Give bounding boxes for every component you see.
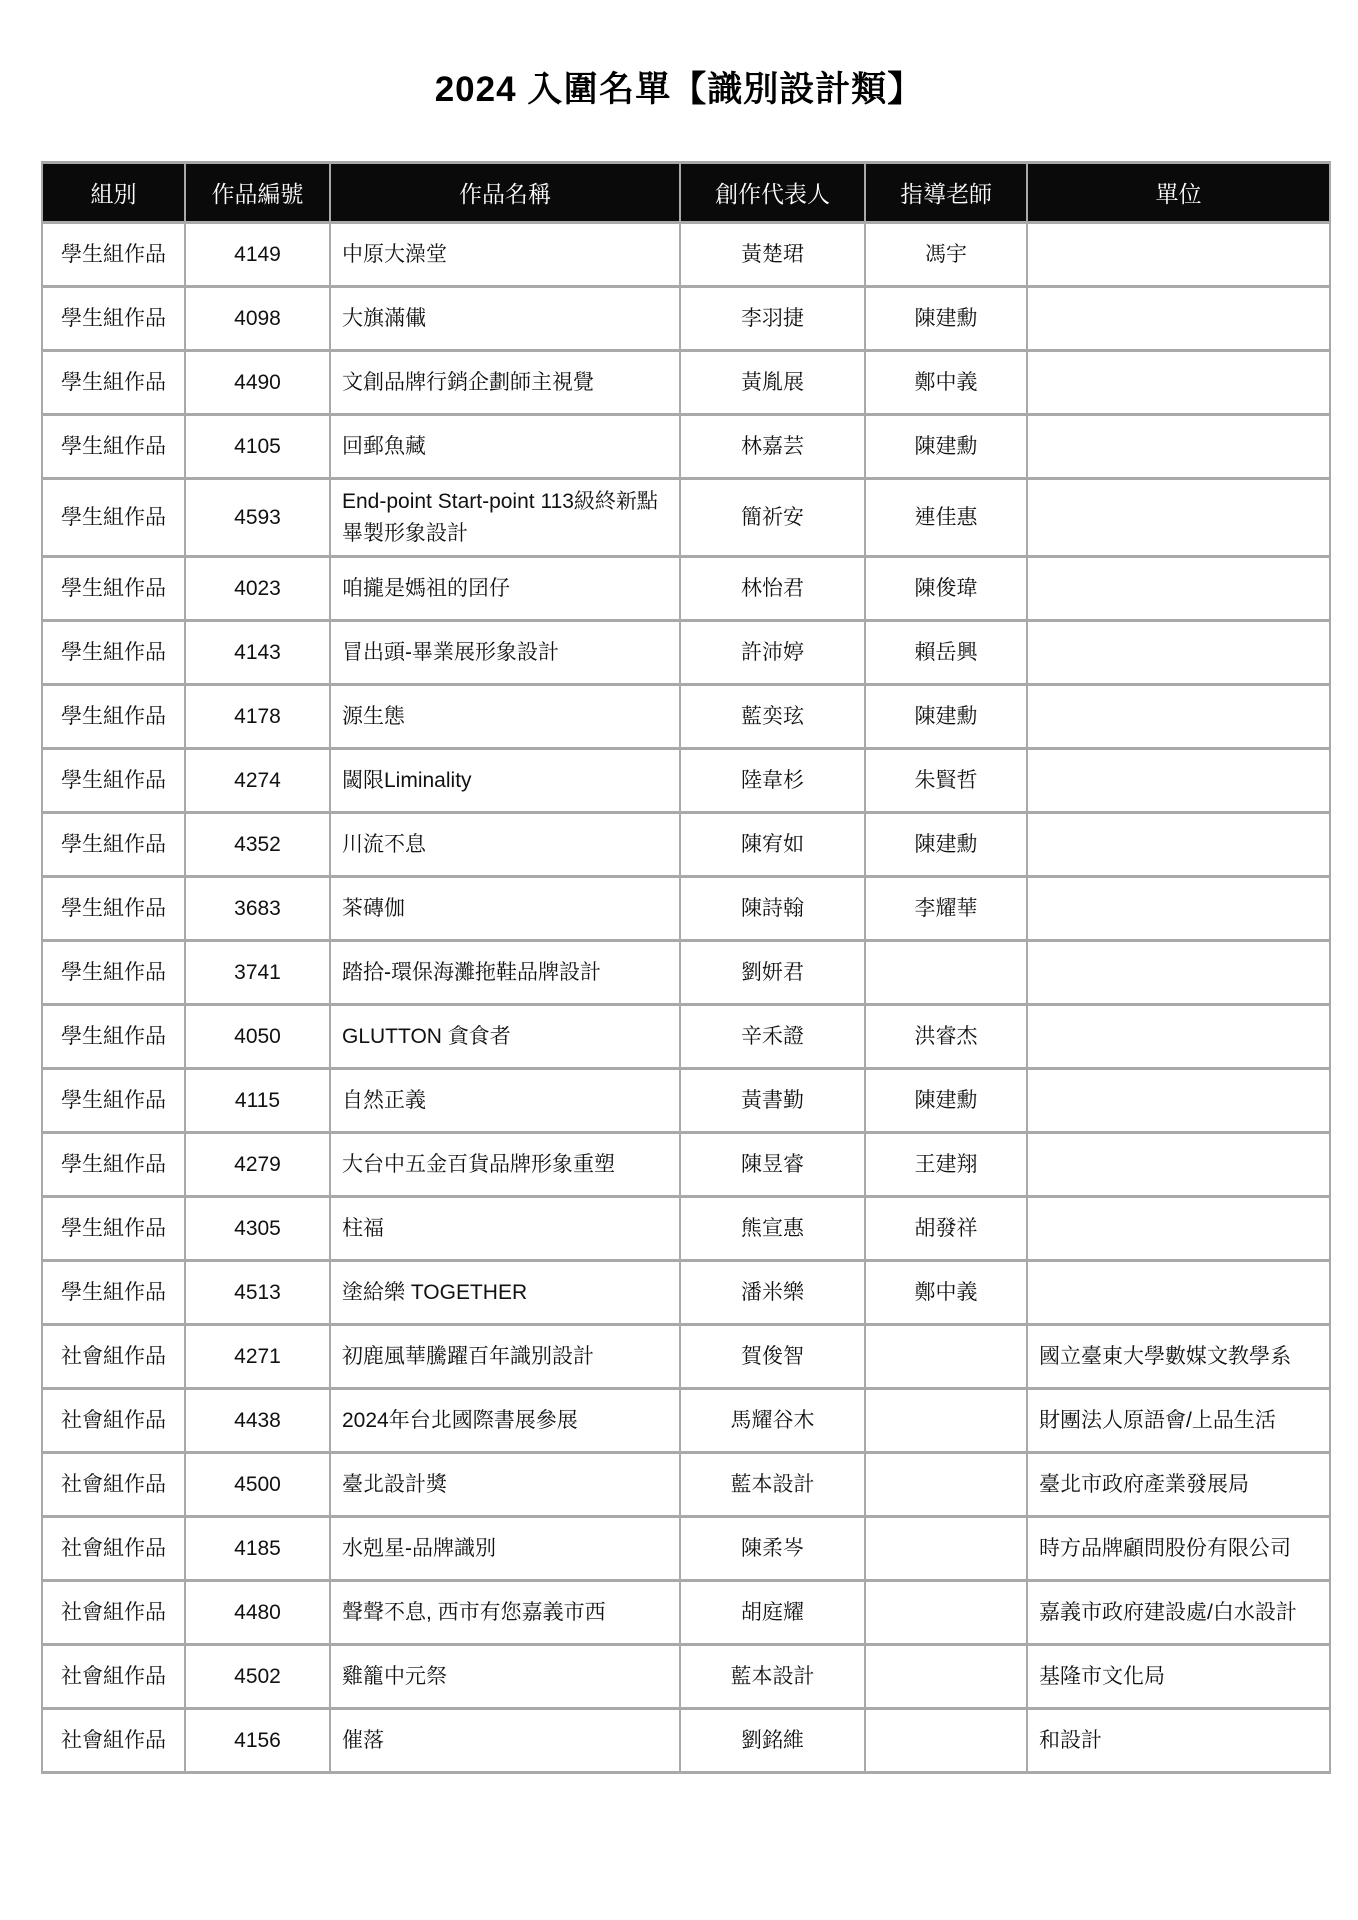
cell-entry-no: 4271 — [185, 1325, 330, 1389]
cell-entry-no: 4149 — [185, 223, 330, 287]
table-row: 社會組作品4502雞籠中元祭藍本設計基隆市文化局 — [42, 1645, 1330, 1709]
cell-group: 學生組作品 — [42, 1069, 185, 1133]
cell-organization — [1027, 557, 1330, 621]
cell-representative: 黃胤展 — [680, 351, 865, 415]
col-header-organization: 單位 — [1027, 163, 1330, 223]
cell-group: 學生組作品 — [42, 685, 185, 749]
cell-group: 社會組作品 — [42, 1645, 185, 1709]
cell-representative: 陳柔岑 — [680, 1517, 865, 1581]
cell-representative: 陸韋杉 — [680, 749, 865, 813]
cell-organization — [1027, 287, 1330, 351]
cell-organization: 財團法人原語會/上品生活 — [1027, 1389, 1330, 1453]
table-row: 學生組作品4490文創品牌行銷企劃師主視覺黃胤展鄭中義 — [42, 351, 1330, 415]
finalist-table: 組別 作品編號 作品名稱 創作代表人 指導老師 單位 學生組作品4149中原大澡… — [41, 161, 1331, 1774]
cell-group: 學生組作品 — [42, 557, 185, 621]
cell-advisor: 陳建勳 — [865, 415, 1027, 479]
cell-group: 學生組作品 — [42, 621, 185, 685]
table-row: 社會組作品4271初鹿風華騰躍百年識別設計賀俊智國立臺東大學數媒文教學系 — [42, 1325, 1330, 1389]
table-row: 學生組作品4178源生態藍奕玹陳建勳 — [42, 685, 1330, 749]
cell-group: 社會組作品 — [42, 1517, 185, 1581]
table-body: 學生組作品4149中原大澡堂黃楚珺馮宇學生組作品4098大旗滿儎李羽捷陳建勳學生… — [42, 223, 1330, 1773]
cell-work-title: 川流不息 — [330, 813, 680, 877]
cell-entry-no: 4274 — [185, 749, 330, 813]
cell-advisor — [865, 1389, 1027, 1453]
cell-work-title: GLUTTON 貪食者 — [330, 1005, 680, 1069]
cell-advisor — [865, 1453, 1027, 1517]
cell-group: 學生組作品 — [42, 287, 185, 351]
cell-entry-no: 4156 — [185, 1709, 330, 1773]
table-row: 學生組作品3683茶磚伽陳詩翰李耀華 — [42, 877, 1330, 941]
cell-representative: 熊宣惠 — [680, 1197, 865, 1261]
table-row: 學生組作品4352川流不息陳宥如陳建勳 — [42, 813, 1330, 877]
cell-advisor: 王建翔 — [865, 1133, 1027, 1197]
cell-advisor — [865, 1709, 1027, 1773]
cell-work-title: 臺北設計獎 — [330, 1453, 680, 1517]
cell-organization — [1027, 1197, 1330, 1261]
cell-group: 學生組作品 — [42, 351, 185, 415]
cell-organization — [1027, 1069, 1330, 1133]
cell-advisor — [865, 1645, 1027, 1709]
cell-organization — [1027, 877, 1330, 941]
cell-entry-no: 3683 — [185, 877, 330, 941]
cell-group: 社會組作品 — [42, 1389, 185, 1453]
cell-advisor — [865, 1517, 1027, 1581]
cell-work-title: 聲聲不息, 西市有您嘉義市西 — [330, 1581, 680, 1645]
cell-representative: 黃楚珺 — [680, 223, 865, 287]
table-row: 社會組作品4480聲聲不息, 西市有您嘉義市西胡庭耀嘉義市政府建設處/白水設計 — [42, 1581, 1330, 1645]
cell-advisor: 陳建勳 — [865, 685, 1027, 749]
cell-entry-no: 4480 — [185, 1581, 330, 1645]
cell-representative: 藍本設計 — [680, 1645, 865, 1709]
cell-organization: 基隆市文化局 — [1027, 1645, 1330, 1709]
cell-entry-no: 4143 — [185, 621, 330, 685]
table-row: 學生組作品4115自然正義黃書勤陳建勳 — [42, 1069, 1330, 1133]
cell-group: 社會組作品 — [42, 1709, 185, 1773]
table-row: 學生組作品4149中原大澡堂黃楚珺馮宇 — [42, 223, 1330, 287]
cell-entry-no: 4279 — [185, 1133, 330, 1197]
table-row: 學生組作品4098大旗滿儎李羽捷陳建勳 — [42, 287, 1330, 351]
col-header-work-title: 作品名稱 — [330, 163, 680, 223]
cell-advisor: 鄭中義 — [865, 351, 1027, 415]
cell-representative: 黃書勤 — [680, 1069, 865, 1133]
cell-organization — [1027, 1261, 1330, 1325]
cell-organization: 臺北市政府產業發展局 — [1027, 1453, 1330, 1517]
cell-advisor: 陳建勳 — [865, 287, 1027, 351]
col-header-advisor: 指導老師 — [865, 163, 1027, 223]
cell-group: 社會組作品 — [42, 1325, 185, 1389]
cell-organization: 嘉義市政府建設處/白水設計 — [1027, 1581, 1330, 1645]
cell-entry-no: 4098 — [185, 287, 330, 351]
cell-advisor: 賴岳興 — [865, 621, 1027, 685]
cell-advisor: 鄭中義 — [865, 1261, 1027, 1325]
col-header-entry-no: 作品編號 — [185, 163, 330, 223]
cell-advisor: 陳俊瑋 — [865, 557, 1027, 621]
table-row: 社會組作品4156催落劉銘維和設計 — [42, 1709, 1330, 1773]
cell-organization — [1027, 1133, 1330, 1197]
cell-work-title: 回郵魚藏 — [330, 415, 680, 479]
cell-work-title: 催落 — [330, 1709, 680, 1773]
cell-representative: 林怡君 — [680, 557, 865, 621]
cell-entry-no: 3741 — [185, 941, 330, 1005]
cell-work-title: 冒出頭-畢業展形象設計 — [330, 621, 680, 685]
cell-work-title: 自然正義 — [330, 1069, 680, 1133]
cell-organization — [1027, 415, 1330, 479]
cell-advisor: 李耀華 — [865, 877, 1027, 941]
cell-advisor: 洪睿杰 — [865, 1005, 1027, 1069]
cell-work-title: 塗給樂 TOGETHER — [330, 1261, 680, 1325]
cell-representative: 陳昱睿 — [680, 1133, 865, 1197]
cell-representative: 藍本設計 — [680, 1453, 865, 1517]
cell-advisor — [865, 1325, 1027, 1389]
cell-group: 學生組作品 — [42, 1005, 185, 1069]
page-title: 2024 入圍名單【識別設計類】 — [0, 0, 1358, 112]
cell-group: 學生組作品 — [42, 877, 185, 941]
cell-group: 學生組作品 — [42, 1261, 185, 1325]
cell-representative: 許沛婷 — [680, 621, 865, 685]
cell-organization — [1027, 685, 1330, 749]
cell-group: 學生組作品 — [42, 415, 185, 479]
cell-work-title: 大旗滿儎 — [330, 287, 680, 351]
cell-representative: 李羽捷 — [680, 287, 865, 351]
cell-entry-no: 4305 — [185, 1197, 330, 1261]
table-row: 學生組作品4050GLUTTON 貪食者辛禾證洪睿杰 — [42, 1005, 1330, 1069]
cell-work-title: 閾限Liminality — [330, 749, 680, 813]
cell-organization: 和設計 — [1027, 1709, 1330, 1773]
cell-work-title: 踏拾-環保海灘拖鞋品牌設計 — [330, 941, 680, 1005]
cell-group: 學生組作品 — [42, 941, 185, 1005]
table-row: 學生組作品4023咱攏是媽祖的囝仔林怡君陳俊瑋 — [42, 557, 1330, 621]
cell-group: 社會組作品 — [42, 1581, 185, 1645]
cell-representative: 藍奕玹 — [680, 685, 865, 749]
page: { "page": { "title": "2024 入圍名單【識別設計類】" … — [0, 0, 1358, 1920]
cell-work-title: 源生態 — [330, 685, 680, 749]
cell-work-title: 雞籠中元祭 — [330, 1645, 680, 1709]
table-row: 社會組作品44382024年台北國際書展參展馬耀谷木財團法人原語會/上品生活 — [42, 1389, 1330, 1453]
cell-advisor — [865, 941, 1027, 1005]
cell-organization: 國立臺東大學數媒文教學系 — [1027, 1325, 1330, 1389]
cell-group: 學生組作品 — [42, 223, 185, 287]
cell-work-title: 水剋星-品牌識別 — [330, 1517, 680, 1581]
cell-entry-no: 4438 — [185, 1389, 330, 1453]
cell-group: 學生組作品 — [42, 749, 185, 813]
cell-group: 學生組作品 — [42, 479, 185, 557]
table-row: 學生組作品4593End-point Start-point 113級終新點畢製… — [42, 479, 1330, 557]
cell-work-title: 2024年台北國際書展參展 — [330, 1389, 680, 1453]
cell-group: 學生組作品 — [42, 1133, 185, 1197]
cell-work-title: End-point Start-point 113級終新點畢製形象設計 — [330, 479, 680, 557]
table-row: 社會組作品4185水剋星-品牌識別陳柔岑時方品牌顧問股份有限公司 — [42, 1517, 1330, 1581]
cell-work-title: 大台中五金百貨品牌形象重塑 — [330, 1133, 680, 1197]
cell-advisor: 陳建勳 — [865, 1069, 1027, 1133]
table-header-row: 組別 作品編號 作品名稱 創作代表人 指導老師 單位 — [42, 163, 1330, 223]
cell-representative: 劉妍君 — [680, 941, 865, 1005]
cell-advisor: 馮宇 — [865, 223, 1027, 287]
cell-entry-no: 4023 — [185, 557, 330, 621]
cell-representative: 辛禾證 — [680, 1005, 865, 1069]
cell-representative: 馬耀谷木 — [680, 1389, 865, 1453]
cell-entry-no: 4115 — [185, 1069, 330, 1133]
cell-work-title: 柱福 — [330, 1197, 680, 1261]
table-row: 社會組作品4500臺北設計獎藍本設計臺北市政府產業發展局 — [42, 1453, 1330, 1517]
cell-advisor: 陳建勳 — [865, 813, 1027, 877]
table-row: 學生組作品3741踏拾-環保海灘拖鞋品牌設計劉妍君 — [42, 941, 1330, 1005]
cell-entry-no: 4490 — [185, 351, 330, 415]
cell-work-title: 初鹿風華騰躍百年識別設計 — [330, 1325, 680, 1389]
cell-group: 社會組作品 — [42, 1453, 185, 1517]
table-row: 學生組作品4513塗給樂 TOGETHER潘米樂鄭中義 — [42, 1261, 1330, 1325]
cell-entry-no: 4105 — [185, 415, 330, 479]
cell-entry-no: 4513 — [185, 1261, 330, 1325]
cell-organization — [1027, 621, 1330, 685]
cell-organization — [1027, 1005, 1330, 1069]
cell-entry-no: 4352 — [185, 813, 330, 877]
cell-advisor: 胡發祥 — [865, 1197, 1027, 1261]
col-header-group: 組別 — [42, 163, 185, 223]
cell-organization — [1027, 941, 1330, 1005]
cell-advisor: 連佳惠 — [865, 479, 1027, 557]
cell-advisor — [865, 1581, 1027, 1645]
cell-entry-no: 4593 — [185, 479, 330, 557]
cell-entry-no: 4050 — [185, 1005, 330, 1069]
cell-organization — [1027, 813, 1330, 877]
cell-representative: 胡庭耀 — [680, 1581, 865, 1645]
cell-representative: 簡祈安 — [680, 479, 865, 557]
cell-representative: 陳宥如 — [680, 813, 865, 877]
cell-representative: 陳詩翰 — [680, 877, 865, 941]
cell-entry-no: 4500 — [185, 1453, 330, 1517]
table-row: 學生組作品4274閾限Liminality陸韋杉朱賢哲 — [42, 749, 1330, 813]
cell-entry-no: 4502 — [185, 1645, 330, 1709]
cell-group: 學生組作品 — [42, 1197, 185, 1261]
cell-work-title: 文創品牌行銷企劃師主視覺 — [330, 351, 680, 415]
cell-representative: 林嘉芸 — [680, 415, 865, 479]
cell-organization — [1027, 749, 1330, 813]
table-row: 學生組作品4305柱福熊宣惠胡發祥 — [42, 1197, 1330, 1261]
table-row: 學生組作品4105回郵魚藏林嘉芸陳建勳 — [42, 415, 1330, 479]
cell-work-title: 咱攏是媽祖的囝仔 — [330, 557, 680, 621]
cell-organization — [1027, 351, 1330, 415]
cell-entry-no: 4178 — [185, 685, 330, 749]
col-header-representative: 創作代表人 — [680, 163, 865, 223]
cell-representative: 潘米樂 — [680, 1261, 865, 1325]
cell-entry-no: 4185 — [185, 1517, 330, 1581]
cell-group: 學生組作品 — [42, 813, 185, 877]
table-row: 學生組作品4279大台中五金百貨品牌形象重塑陳昱睿王建翔 — [42, 1133, 1330, 1197]
cell-organization — [1027, 479, 1330, 557]
cell-work-title: 中原大澡堂 — [330, 223, 680, 287]
cell-organization — [1027, 223, 1330, 287]
cell-representative: 劉銘維 — [680, 1709, 865, 1773]
cell-organization: 時方品牌顧問股份有限公司 — [1027, 1517, 1330, 1581]
table-row: 學生組作品4143冒出頭-畢業展形象設計許沛婷賴岳興 — [42, 621, 1330, 685]
cell-advisor: 朱賢哲 — [865, 749, 1027, 813]
cell-work-title: 茶磚伽 — [330, 877, 680, 941]
cell-representative: 賀俊智 — [680, 1325, 865, 1389]
